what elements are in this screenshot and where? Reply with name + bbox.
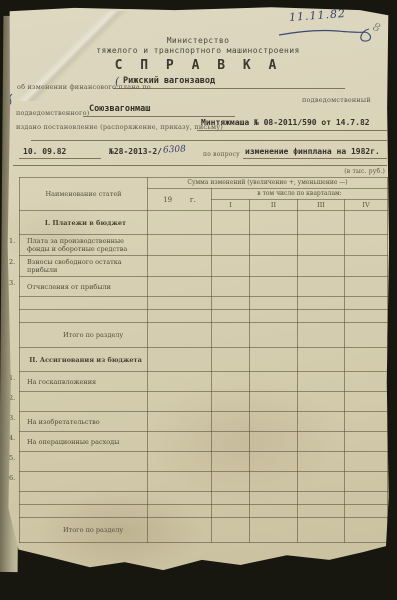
- value-cell: [148, 235, 212, 256]
- value-cell: [250, 256, 298, 277]
- row-label-cell: [20, 297, 148, 310]
- value-cell: [250, 452, 298, 472]
- value-cell: [212, 323, 250, 348]
- row-label-cell: Итого по разделу: [20, 323, 148, 348]
- row-label-cell: [20, 505, 148, 518]
- value-cell: [212, 452, 250, 472]
- row-label-cell: 1.Плата за производственные фонды и обор…: [20, 235, 148, 256]
- value-cell: [148, 297, 212, 310]
- form-line4-label: издано постановление (распоряжение, прик…: [16, 123, 223, 131]
- value-cell: [345, 432, 388, 452]
- value-cell: [148, 310, 212, 323]
- value-cell: [148, 505, 212, 518]
- units-note: (в тыс. руб.): [303, 168, 385, 175]
- value-cell: [212, 211, 250, 235]
- value-cell: [250, 310, 298, 323]
- value-cell: [345, 492, 388, 505]
- row-number: 2.: [9, 258, 15, 266]
- quarter-header: III: [298, 200, 345, 211]
- value-cell: [250, 323, 298, 348]
- row-label: Отчисления от прибыли: [27, 283, 111, 291]
- row-label-cell: II. Ассигнования из бюджета: [20, 348, 148, 372]
- value-cell: [148, 323, 212, 348]
- value-cell: [148, 211, 212, 235]
- table-row: Итого по разделу: [20, 323, 388, 348]
- value-cell: [148, 277, 212, 297]
- ministry-line2: тяжелого и транспортного машиностроения: [5, 46, 391, 56]
- value-cell: [345, 505, 388, 518]
- value-cell: [212, 277, 250, 297]
- table-row: II. Ассигнования из бюджета: [20, 348, 388, 372]
- table-row: Итого по разделу: [20, 518, 388, 543]
- table-row: 5.: [20, 452, 388, 472]
- value-cell: [148, 452, 212, 472]
- value-cell: [298, 211, 345, 235]
- value-cell: [345, 452, 388, 472]
- value-cell: [212, 256, 250, 277]
- value-cell: [148, 492, 212, 505]
- quarter-header: IV: [345, 200, 388, 211]
- value-cell: [298, 452, 345, 472]
- row-label: Плата за производственные фонды и оборот…: [27, 237, 127, 253]
- value-cell: [212, 472, 250, 492]
- value-cell: [250, 412, 298, 432]
- value-cell: [212, 392, 250, 412]
- form-line5-date-rule: [19, 158, 101, 159]
- table-row: 3.Отчисления от прибыли: [20, 277, 388, 297]
- table-row: [20, 492, 388, 505]
- quarter-header: I: [212, 200, 250, 211]
- row-number: 4.: [9, 434, 15, 442]
- value-cell: [148, 432, 212, 452]
- value-cell: [250, 372, 298, 392]
- value-cell: [298, 310, 345, 323]
- table-row: 3.На изобретательство: [20, 412, 388, 432]
- value-cell: [298, 518, 345, 543]
- form-line5-label: по вопросу: [203, 151, 240, 158]
- value-cell: [298, 412, 345, 432]
- value-cell: [250, 392, 298, 412]
- value-cell: [345, 323, 388, 348]
- value-cell: [345, 310, 388, 323]
- form-line5-date: 10. 09.82: [23, 147, 66, 156]
- form-line5-value-rule: [243, 158, 387, 159]
- value-cell: [298, 372, 345, 392]
- value-cell: [148, 412, 212, 432]
- value-cell: [148, 348, 212, 372]
- value-cell: [298, 432, 345, 452]
- row-label-cell: 5.: [20, 452, 148, 472]
- value-cell: [212, 505, 250, 518]
- value-cell: [298, 392, 345, 412]
- ministry-header: Министерство тяжелого и транспортного ма…: [5, 36, 391, 56]
- value-cell: [148, 372, 212, 392]
- table-row: 1.Плата за производственные фонды и обор…: [20, 235, 388, 256]
- form-line3-value: Союзвагонмаш: [89, 104, 150, 114]
- value-cell: [250, 348, 298, 372]
- table-row: 1.На госкапвложения: [20, 372, 388, 392]
- document-page: 11.11.82 8 Министерство тяжелого и транс…: [5, 5, 391, 577]
- value-cell: [298, 277, 345, 297]
- form-line3-rule: [83, 116, 235, 117]
- row-label-cell: 3.Отчисления от прибыли: [20, 277, 148, 297]
- value-cell: [345, 392, 388, 412]
- value-cell: [298, 235, 345, 256]
- value-cell: [298, 492, 345, 505]
- value-cell: [345, 297, 388, 310]
- ministry-line1: Министерство: [5, 36, 391, 46]
- row-label-cell: [20, 310, 148, 323]
- row-number: 1.: [9, 237, 15, 245]
- quarter-header: II: [250, 200, 298, 211]
- value-cell: [250, 472, 298, 492]
- value-cell: [298, 505, 345, 518]
- row-label-cell: 4.На операционные расходы: [20, 432, 148, 452]
- row-label: Итого по разделу: [27, 526, 144, 534]
- value-cell: [250, 518, 298, 543]
- value-cell: [250, 505, 298, 518]
- paren-ink-mark: (: [115, 75, 120, 88]
- form-line5-number: №28-2013-2/: [109, 147, 162, 156]
- form-line5-value: изменение финплана на 1982г.: [245, 147, 380, 156]
- value-cell: [212, 412, 250, 432]
- value-cell: [298, 297, 345, 310]
- form-line1-rule: [113, 88, 345, 89]
- table-row: 2.: [20, 392, 388, 412]
- row-number: 6.: [9, 474, 15, 482]
- form-line3-label: подведомственного): [16, 109, 90, 117]
- value-cell: [250, 235, 298, 256]
- form-line4-rule: [197, 130, 387, 131]
- finance-change-table: Наименование статей Сумма изменений (уве…: [19, 177, 388, 543]
- row-label: I. Платежи в бюджет: [27, 219, 144, 227]
- row-label-cell: [20, 492, 148, 505]
- row-label-cell: Итого по разделу: [20, 518, 148, 543]
- value-cell: [298, 472, 345, 492]
- value-cell: [345, 256, 388, 277]
- table-row: [20, 297, 388, 310]
- value-cell: [345, 412, 388, 432]
- value-cell: [148, 392, 212, 412]
- row-label-cell: I. Платежи в бюджет: [20, 211, 148, 235]
- row-label: Итого по разделу: [27, 331, 144, 339]
- row-label-cell: 3.На изобретательство: [20, 412, 148, 432]
- row-number: 5.: [9, 454, 15, 462]
- row-label-cell: 2.Взносы свободного остатка прибыли: [20, 256, 148, 277]
- value-cell: [298, 323, 345, 348]
- table-row: 4.На операционные расходы: [20, 432, 388, 452]
- value-cell: [250, 432, 298, 452]
- row-label: На операционные расходы: [27, 438, 119, 446]
- row-label-cell: 1.На госкапвложения: [20, 372, 148, 392]
- value-cell: [298, 348, 345, 372]
- table-header-row: Наименование статей Сумма изменений (уве…: [20, 178, 388, 189]
- value-cell: [212, 492, 250, 505]
- value-cell: [345, 348, 388, 372]
- value-cell: [148, 256, 212, 277]
- value-cell: [345, 518, 388, 543]
- value-cell: [345, 211, 388, 235]
- row-label-cell: 2.: [20, 392, 148, 412]
- value-cell: [212, 372, 250, 392]
- table-row: I. Платежи в бюджет: [20, 211, 388, 235]
- col-header-articles: Наименование статей: [20, 178, 148, 211]
- value-cell: [345, 372, 388, 392]
- value-cell: [212, 432, 250, 452]
- value-cell: [148, 518, 212, 543]
- table-row: 6.: [20, 472, 388, 492]
- value-cell: [250, 211, 298, 235]
- section-divider-rule: [13, 165, 387, 166]
- value-cell: [345, 277, 388, 297]
- form-line5-number-hand: 6308: [163, 144, 186, 155]
- value-cell: [345, 472, 388, 492]
- row-label: На госкапвложения: [27, 378, 96, 386]
- value-cell: [212, 348, 250, 372]
- row-label: На изобретательство: [27, 418, 100, 426]
- table-row: 2.Взносы свободного остатка прибыли: [20, 256, 388, 277]
- row-number: 3.: [9, 279, 15, 287]
- value-cell: [250, 297, 298, 310]
- value-cell: [212, 518, 250, 543]
- value-cell: [212, 297, 250, 310]
- col-header-sum: Сумма изменений (увеличение +, уменьшени…: [148, 178, 388, 189]
- col-header-year: 19 г.: [148, 189, 212, 211]
- row-label: Взносы свободного остатка прибыли: [27, 258, 122, 274]
- value-cell: [212, 235, 250, 256]
- value-cell: [212, 310, 250, 323]
- form-line2-label: подведомственный: [302, 96, 371, 104]
- col-header-quarters: в том числе по кварталам:: [212, 189, 388, 200]
- value-cell: [250, 492, 298, 505]
- form-line1-value: Рижский вагонзавод: [123, 76, 215, 86]
- row-label: II. Ассигнования из бюджета: [27, 356, 144, 364]
- value-cell: [148, 472, 212, 492]
- value-cell: [250, 277, 298, 297]
- row-label-cell: 6.: [20, 472, 148, 492]
- form-line4-value: Минтяжмаша № 08-2011/590 от 14.7.82: [201, 118, 370, 127]
- table-row: [20, 310, 388, 323]
- value-cell: [345, 235, 388, 256]
- value-cell: [298, 256, 345, 277]
- table-row: [20, 505, 388, 518]
- blank-rule: [31, 140, 387, 141]
- document-title: С П Р А В К А: [5, 58, 391, 73]
